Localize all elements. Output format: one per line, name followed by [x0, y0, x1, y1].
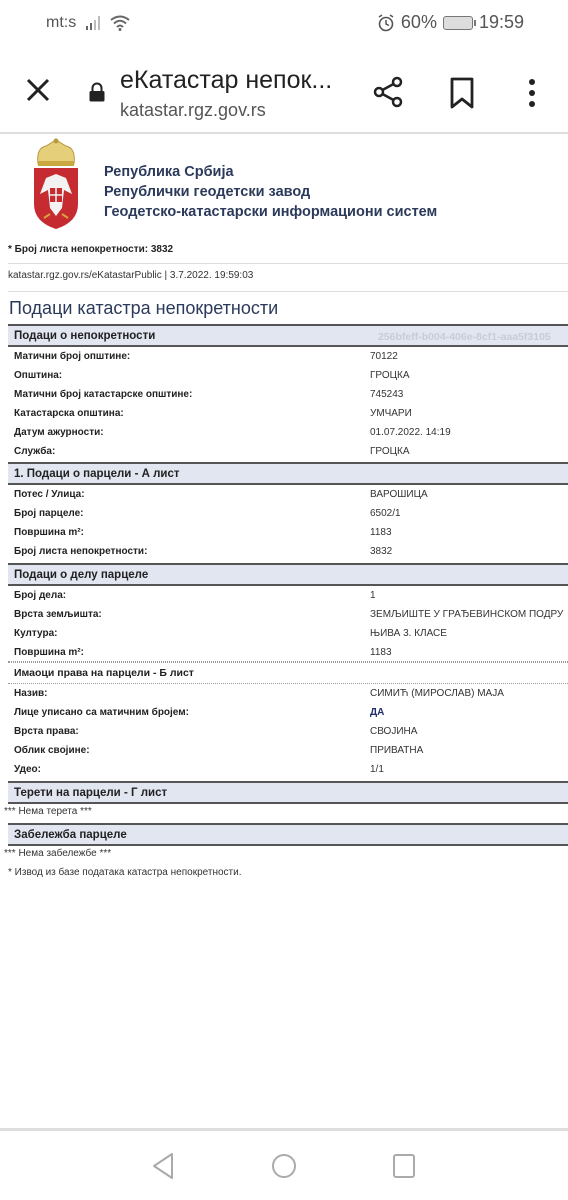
lock-icon: [88, 82, 106, 102]
source-line: katastar.rgz.gov.rs/eKatastarPublic | 3.…: [8, 270, 568, 292]
row-label: Општина:: [8, 370, 370, 381]
section-header: Терети на парцели - Г лист: [8, 781, 568, 804]
org-line: Република Србија: [104, 162, 437, 182]
row-value: ВАРОШИЦА: [370, 489, 428, 500]
parcel-part-section: Подаци о делу парцеле Број дела:1 Врста …: [8, 563, 568, 662]
row-label: Назив:: [8, 688, 370, 699]
row-label: Врста права:: [8, 726, 370, 737]
table-row: Култура:ЊИВА 3. КЛАСЕ: [8, 624, 568, 643]
table-row: Матични број општине:70122: [8, 347, 568, 366]
row-label: Матични број катастарске општине:: [8, 389, 370, 400]
content-title: Подаци катастра непокретности: [9, 298, 278, 319]
remark-section: Забележба парцеле *** Нема забележбе ***…: [2, 823, 568, 883]
no-remark-note: *** Нема забележбе ***: [2, 846, 568, 864]
row-label: Датум ажурности:: [8, 427, 370, 438]
row-value: ГРОЦКА: [370, 446, 410, 457]
page-title-tab: еКатастар непок...: [120, 66, 332, 95]
property-guid: 256bfeff-b004-406e-8cf1-aaa5f3105: [378, 331, 551, 343]
row-label: Матични број општине:: [8, 351, 370, 362]
footer-note: * Извод из базе података катастра непокр…: [2, 865, 568, 883]
organization-block: Република Србија Републички геодетски за…: [104, 162, 437, 222]
share-icon[interactable]: [370, 74, 406, 110]
back-icon[interactable]: [150, 1151, 176, 1181]
battery-icon: [443, 16, 473, 30]
row-label: Врста земљишта:: [8, 609, 370, 620]
row-label: Површина m²:: [8, 647, 370, 658]
burdens-g-section: Терети на парцели - Г лист *** Нема тере…: [2, 781, 568, 822]
table-row: Број дела:1: [8, 586, 568, 605]
row-value: 6502/1: [370, 508, 401, 519]
more-vert-icon[interactable]: [520, 76, 544, 110]
table-row: Лице уписано са матичним бројем:ДА: [8, 703, 568, 722]
row-label: Број дела:: [8, 590, 370, 601]
owners-b-section: Имаоци права на парцели - Б лист Назив:С…: [8, 662, 568, 779]
browser-toolbar: еКатастар непок... katastar.rgz.gov.rs: [0, 48, 568, 134]
row-label: Површина m²:: [8, 527, 370, 538]
table-row: Назив:СИМИЋ (МИРОСЛАВ) МАЈА: [8, 684, 568, 703]
table-row: Служба:ГРОЦКА: [8, 442, 568, 461]
table-row: Врста земљишта:ЗЕМЉИШТЕ У ГРАЂЕВИНСКОМ П…: [8, 605, 568, 624]
row-value: ГРОЦКА: [370, 370, 410, 381]
row-label: Служба:: [8, 446, 370, 457]
section-header: Подаци о делу парцеле: [8, 563, 568, 586]
row-value: ДА: [370, 707, 384, 718]
table-row: Удео:1/1: [8, 760, 568, 779]
bookmark-icon[interactable]: [448, 76, 476, 110]
table-row: Потес / Улица:ВАРОШИЦА: [8, 485, 568, 504]
section-header: Имаоци права на парцели - Б лист: [8, 662, 568, 684]
row-value: 01.07.2022. 14:19: [370, 427, 451, 438]
parcel-a-section: 1. Подаци о парцели - А лист Потес / Ули…: [8, 462, 568, 561]
org-line: Геодетско-катастарски информациони систе…: [104, 202, 437, 222]
signal-icon: [86, 16, 100, 30]
row-value: 1183: [370, 647, 392, 658]
table-row: Катастарска општина:УМЧАРИ: [8, 404, 568, 423]
org-line: Републички геодетски завод: [104, 182, 437, 202]
row-value: ЊИВА 3. КЛАСЕ: [370, 628, 447, 639]
web-page: Република Србија Републички геодетски за…: [0, 136, 568, 1126]
row-label: Број листа непокретности:: [8, 546, 370, 557]
carrier-label: mt:s: [46, 14, 76, 32]
row-value: 3832: [370, 546, 392, 557]
section-header: 1. Подаци о парцели - А лист: [8, 462, 568, 485]
table-row: Датум ажурности:01.07.2022. 14:19: [8, 423, 568, 442]
row-label: Број парцеле:: [8, 508, 370, 519]
no-burdens-note: *** Нема терета ***: [2, 804, 568, 822]
row-value: ЗЕМЉИШТЕ У ГРАЂЕВИНСКОМ ПОДРУ: [370, 609, 563, 620]
recents-icon[interactable]: [392, 1153, 416, 1179]
row-value: 1/1: [370, 764, 384, 775]
row-value: 745243: [370, 389, 403, 400]
home-icon[interactable]: [270, 1151, 298, 1181]
close-icon: [24, 76, 52, 104]
row-value: УМЧАРИ: [370, 408, 412, 419]
row-value: СВОЈИНА: [370, 726, 417, 737]
status-bar: mt:s 60% 19:59: [0, 0, 568, 48]
system-nav-bar: [0, 1128, 568, 1200]
table-row: Облик својине:ПРИВАТНА: [8, 741, 568, 760]
row-label: Облик својине:: [8, 745, 370, 756]
url-field[interactable]: katastar.rgz.gov.rs: [120, 100, 266, 121]
battery-percent: 60%: [401, 12, 437, 33]
section-header: Подаци о непокретности 256bfeff-b004-406…: [8, 324, 568, 347]
row-value: 1: [370, 590, 376, 601]
row-label: Култура:: [8, 628, 370, 639]
section-header: Забележба парцеле: [8, 823, 568, 846]
table-row: Површина m²:1183: [8, 643, 568, 662]
close-button[interactable]: [22, 76, 54, 108]
property-section: Подаци о непокретности 256bfeff-b004-406…: [8, 324, 568, 461]
table-row: Број листа непокретности:3832: [8, 542, 568, 561]
serbia-coat-of-arms-icon: [30, 138, 82, 230]
row-label: Катастарска општина:: [8, 408, 370, 419]
table-row: Врста права:СВОЈИНА: [8, 722, 568, 741]
wifi-icon: [110, 15, 130, 31]
clock: 19:59: [479, 12, 524, 33]
row-label: Потес / Улица:: [8, 489, 370, 500]
table-row: Површина m²:1183: [8, 523, 568, 542]
row-value: 70122: [370, 351, 398, 362]
row-value: ПРИВАТНА: [370, 745, 423, 756]
table-row: Општина:ГРОЦКА: [8, 366, 568, 385]
row-label: Удео:: [8, 764, 370, 775]
table-row: Матични број катастарске општине:745243: [8, 385, 568, 404]
row-label: Лице уписано са матичним бројем:: [8, 707, 370, 718]
sheet-number-note: * Број листа непокретности: 3832: [8, 244, 568, 264]
table-row: Број парцеле:6502/1: [8, 504, 568, 523]
alarm-icon: [377, 14, 395, 32]
row-value: СИМИЋ (МИРОСЛАВ) МАЈА: [370, 688, 504, 699]
row-value: 1183: [370, 527, 392, 538]
